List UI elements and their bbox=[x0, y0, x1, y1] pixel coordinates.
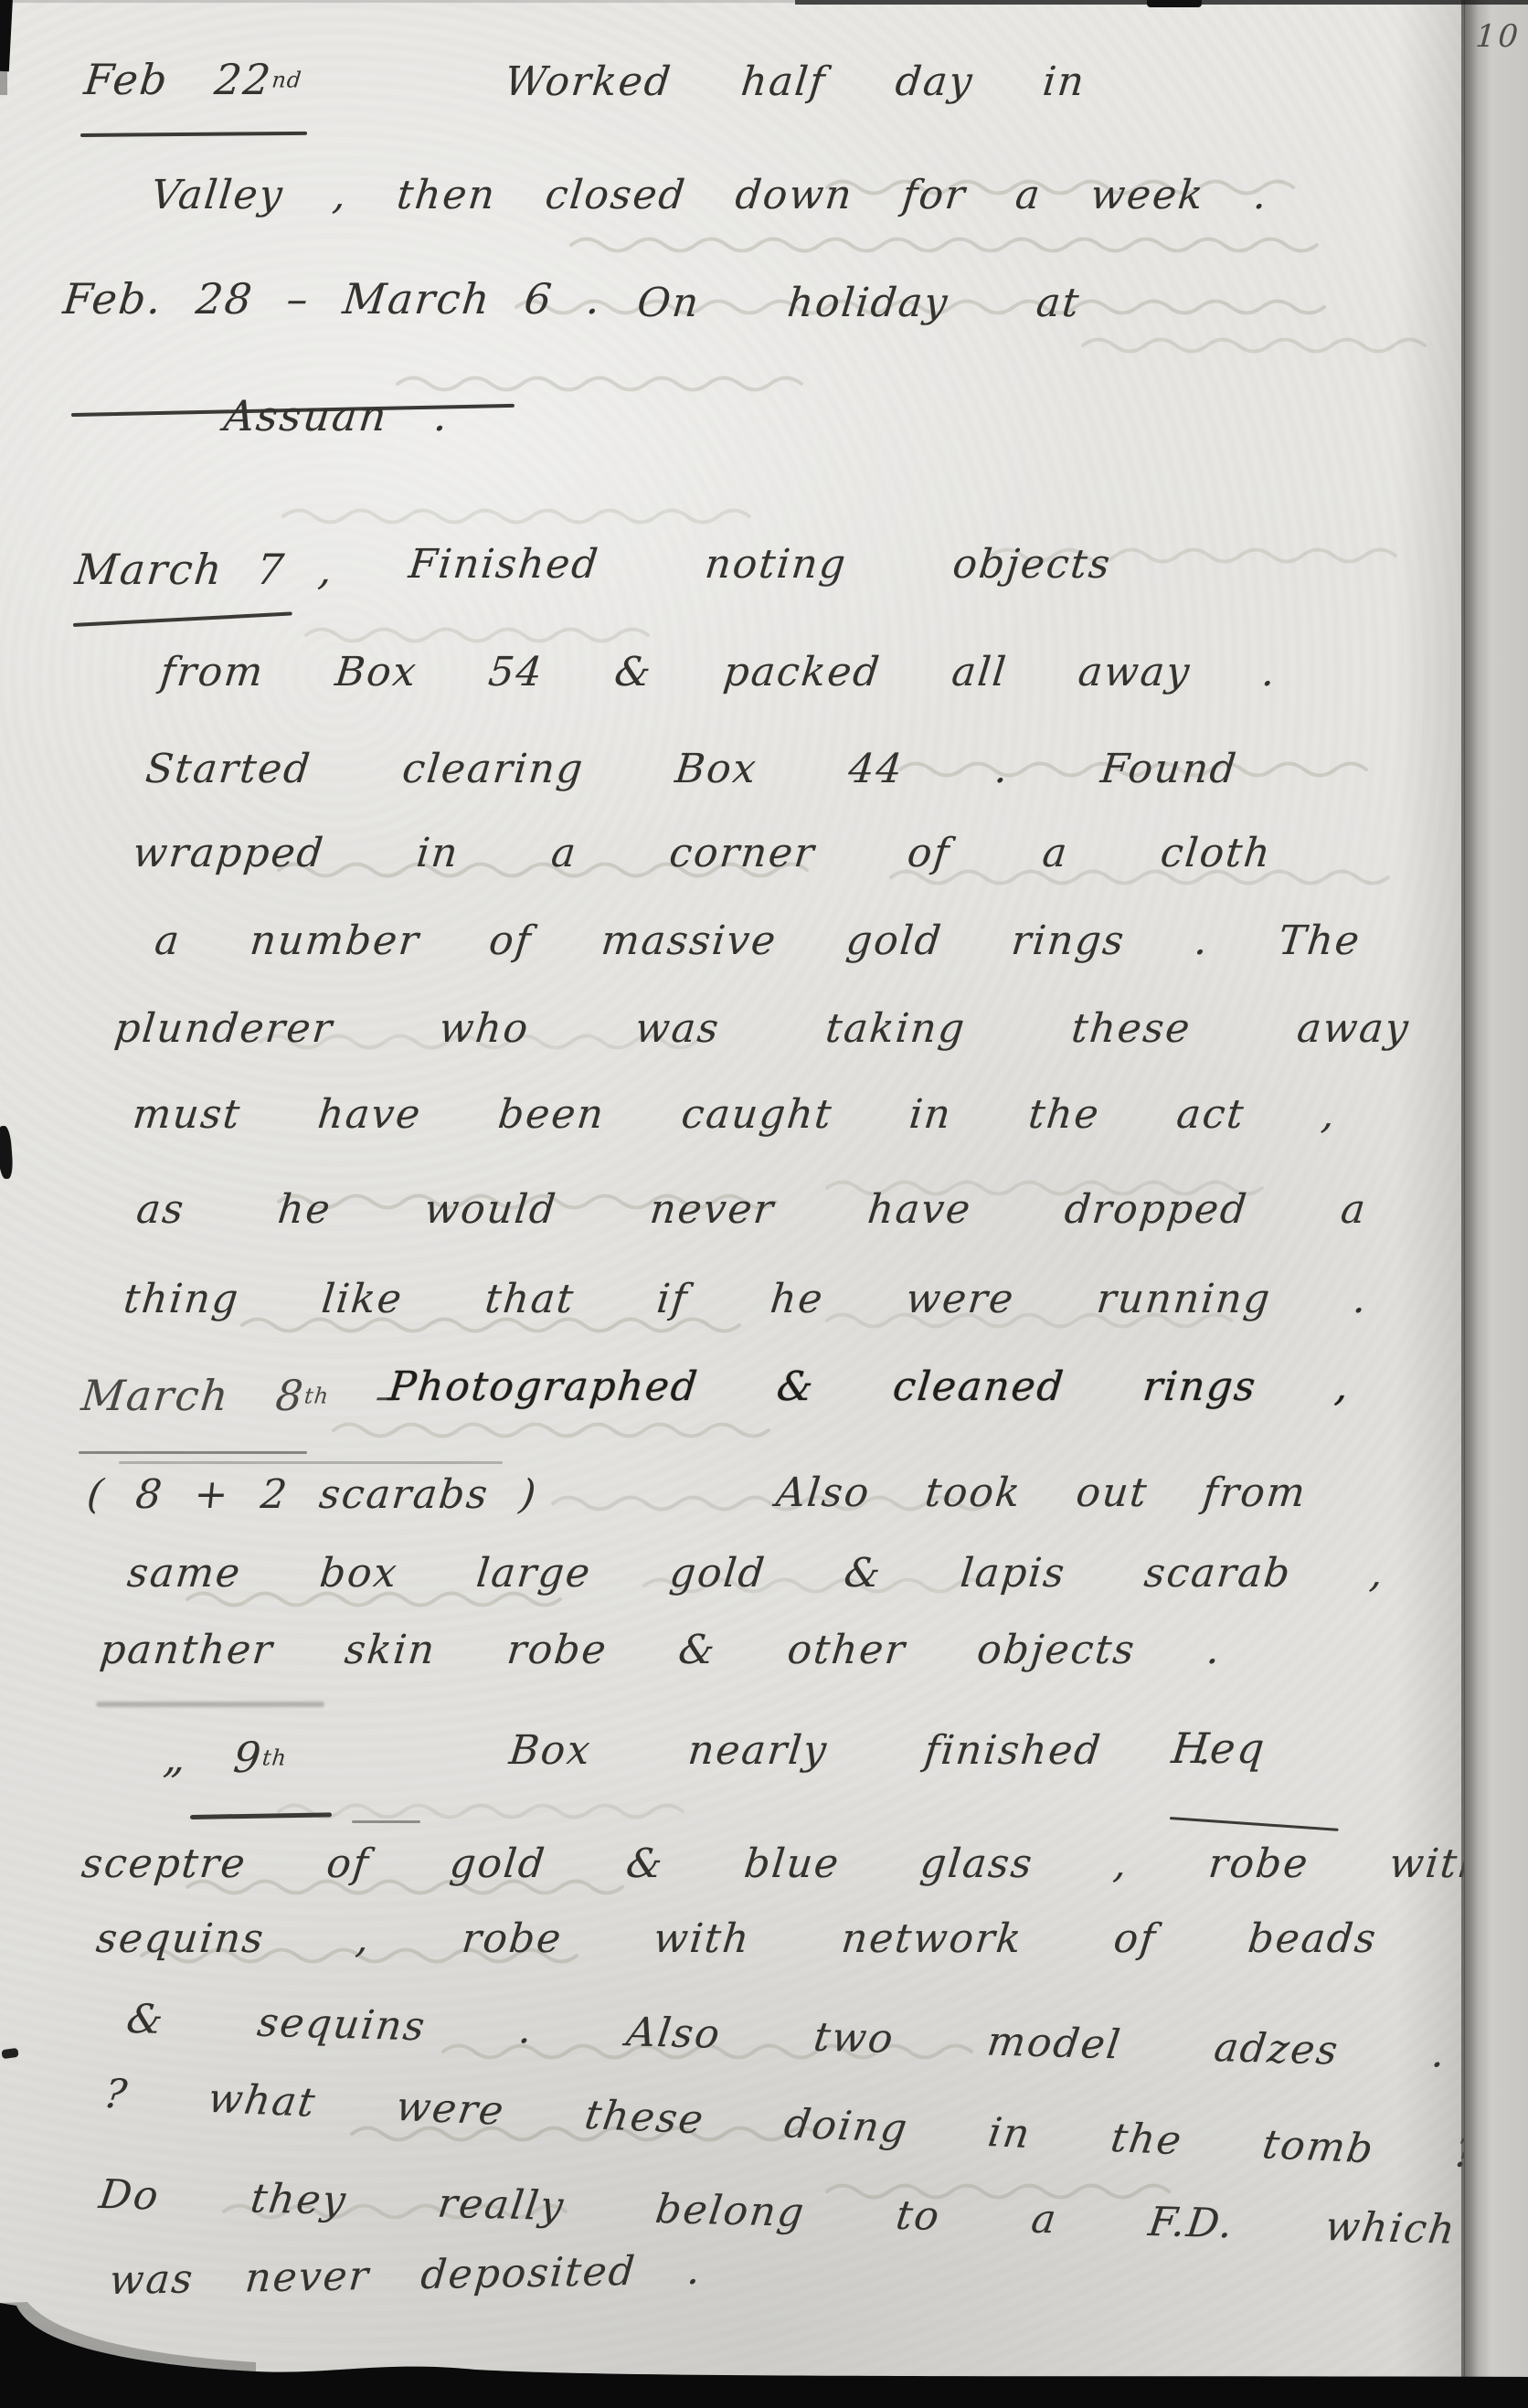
underline bbox=[79, 1451, 307, 1454]
scan-edge-left bbox=[0, 71, 7, 95]
scan-edge-top bbox=[0, 0, 795, 3]
diary-line: Photographed & cleaned rings , bbox=[387, 1365, 1353, 1409]
diary-line: On holiday at bbox=[635, 281, 1083, 325]
scan-edge-notch bbox=[1147, 0, 1202, 7]
diary-line: a number of massive gold rings . The bbox=[153, 919, 1364, 963]
adjacent-page-edge bbox=[1464, 0, 1528, 2408]
underline bbox=[119, 1461, 503, 1464]
entry-date: Feb. 28 – March 6 . bbox=[61, 276, 604, 323]
diary-line: same box large gold & lapis scarab , bbox=[125, 1552, 1387, 1596]
diary-line: Also took out from bbox=[774, 1471, 1309, 1515]
diary-line: as he would never have dropped a bbox=[134, 1188, 1369, 1232]
diary-line: Assuan . bbox=[222, 393, 452, 440]
diary-line: Box nearly finished . bbox=[507, 1729, 1215, 1773]
scan-edge-bottom bbox=[0, 2298, 1528, 2408]
diary-line: sceptre of gold & blue glass , robe with bbox=[80, 1842, 1489, 1886]
diary-line: plunderer who was taking these away bbox=[112, 1007, 1412, 1051]
diary-line: sequins , robe with network of beads bbox=[94, 1917, 1379, 1961]
entry-date: March 8th – bbox=[80, 1373, 401, 1419]
diary-line: ( 8 + 2 scarabs ) bbox=[85, 1473, 540, 1517]
diary-line: Heq bbox=[1170, 1725, 1268, 1772]
underline bbox=[352, 1820, 420, 1823]
page-edge-line bbox=[1461, 0, 1465, 2408]
diary-line: Finished noting objects bbox=[407, 543, 1114, 587]
page-gutter-shadow bbox=[1396, 0, 1466, 2408]
entry-date: Feb 22nd bbox=[82, 57, 304, 103]
diary-line: wrapped in a corner of a cloth bbox=[131, 832, 1274, 875]
diary-line: must have been caught in the act , bbox=[131, 1093, 1339, 1137]
diary-line: thing like that if he were running . bbox=[122, 1278, 1370, 1321]
diary-line: panther skin robe & other objects . bbox=[98, 1628, 1224, 1672]
entry-date: „ 9th bbox=[162, 1734, 290, 1781]
pencil-smudge bbox=[96, 1702, 324, 1707]
diary-line: from Box 54 & packed all away . bbox=[158, 651, 1279, 695]
entry-date: March 7 , bbox=[73, 546, 336, 593]
diary-line: Valley , then closed down for a week . bbox=[149, 174, 1270, 217]
diary-line: Worked half day in bbox=[503, 60, 1088, 104]
diary-page-scan: Feb 22nd Worked half day in Valley , the… bbox=[0, 0, 1528, 2408]
page-number: 10 bbox=[1474, 20, 1522, 54]
diary-line: Started clearing Box 44 . Found bbox=[143, 748, 1240, 791]
